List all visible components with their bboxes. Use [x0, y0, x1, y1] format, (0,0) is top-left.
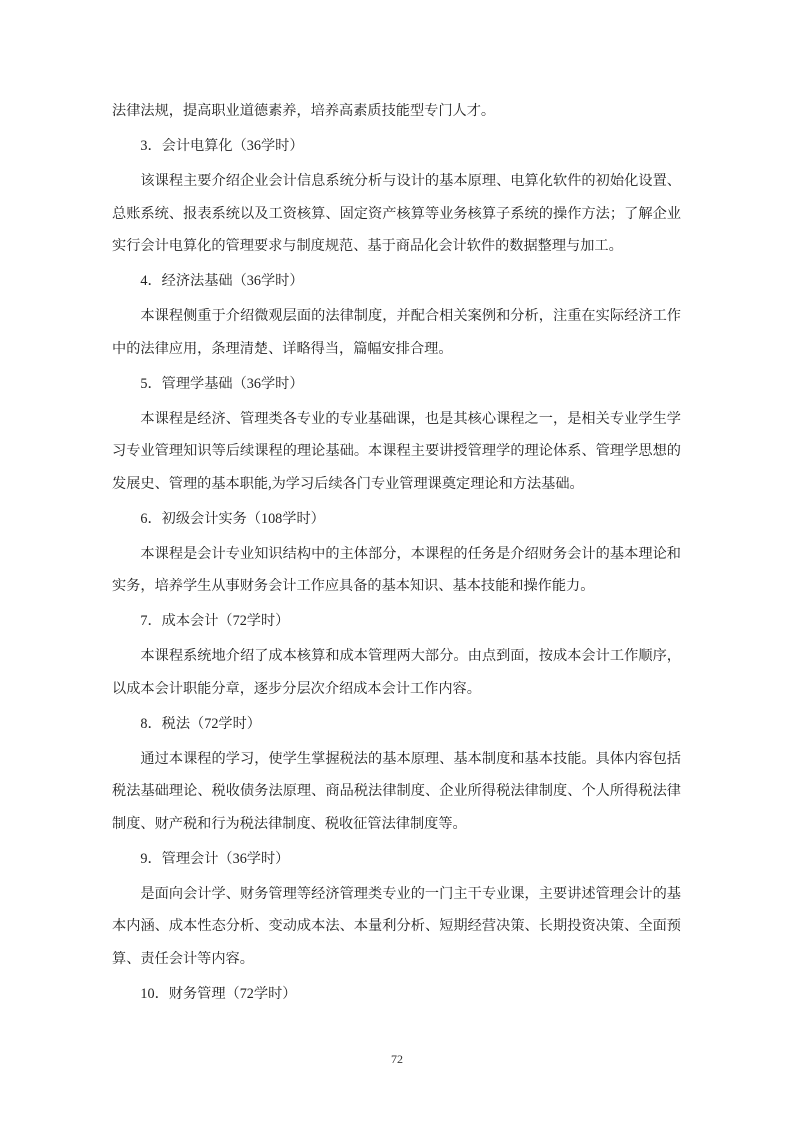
course-heading: 5．管理学基础（36学时） — [112, 368, 681, 401]
doc-paragraph: 本课程系统地介绍了成本核算和成本管理两大部分。由点到面，按成本会计工作顺序，以成… — [112, 640, 681, 705]
doc-paragraph: 通过本课程的学习，使学生掌握税法的基本原理、基本制度和基本技能。具体内容包括税法… — [112, 743, 681, 841]
page-number: 72 — [391, 1052, 403, 1066]
page-footer: 72 — [0, 1050, 794, 1068]
doc-paragraph: 法律法规，提高职业道德素养，培养高素质技能型专门人才。 — [112, 95, 681, 128]
doc-paragraph: 本课程是经济、管理类各专业的专业基础课，也是其核心课程之一，是相关专业学生学习专… — [112, 403, 681, 501]
document-page: 法律法规，提高职业道德素养，培养高素质技能型专门人才。3．会计电算化（36学时）… — [0, 0, 794, 1123]
course-heading: 9．管理会计（36学时） — [112, 843, 681, 876]
doc-paragraph: 是面向会计学、财务管理等经济管理类专业的一门主干专业课，主要讲述管理会计的基本内… — [112, 878, 681, 976]
course-heading: 4．经济法基础（36学时） — [112, 265, 681, 298]
course-heading: 8．税法（72学时） — [112, 708, 681, 741]
doc-paragraph: 本课程侧重于介绍微观层面的法律制度，并配合相关案例和分析，注重在实际经济工作中的… — [112, 300, 681, 365]
course-heading: 6．初级会计实务（108学时） — [112, 503, 681, 536]
course-heading: 3．会计电算化（36学时） — [112, 130, 681, 163]
course-heading: 7．成本会计（72学时） — [112, 605, 681, 638]
document-body: 法律法规，提高职业道德素养，培养高素质技能型专门人才。3．会计电算化（36学时）… — [112, 95, 681, 1013]
course-heading: 10．财务管理（72学时） — [112, 978, 681, 1011]
doc-paragraph: 本课程是会计专业知识结构中的主体部分，本课程的任务是介绍财务会计的基本理论和实务… — [112, 538, 681, 603]
doc-paragraph: 该课程主要介绍企业会计信息系统分析与设计的基本原理、电算化软件的初始化设置、总账… — [112, 165, 681, 263]
